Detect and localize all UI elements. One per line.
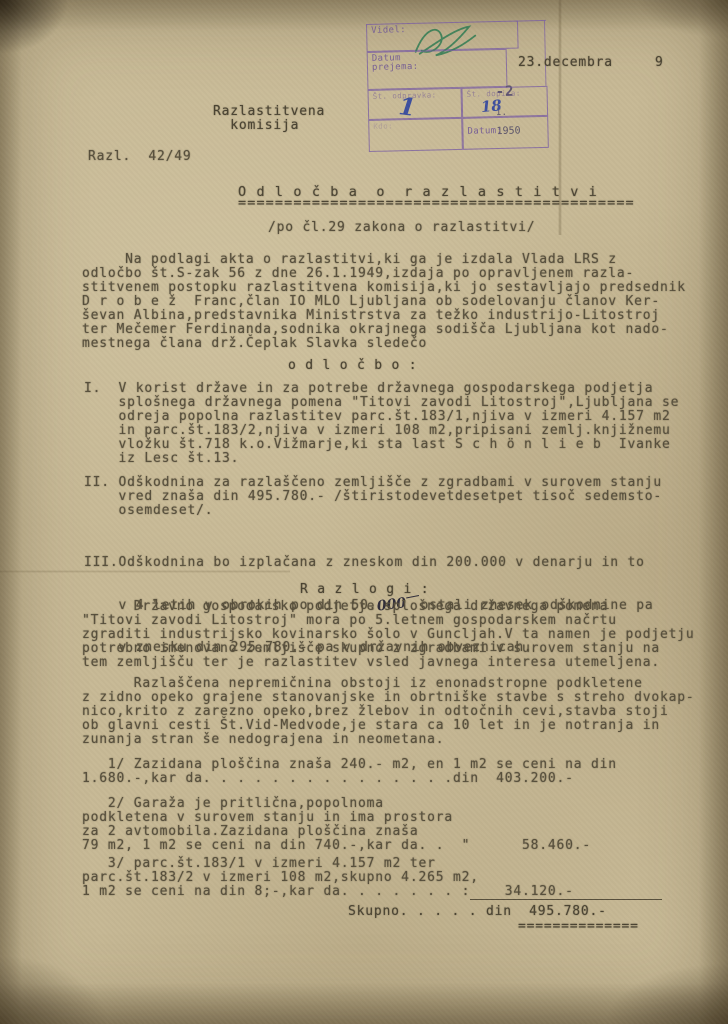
stamp-cell-received: Datum prejema: -2 I. 1950	[367, 49, 508, 90]
total-line: Skupno. . . . . din 495.780.-	[348, 905, 607, 919]
commission-name: Razlastitvena komisija	[213, 105, 325, 133]
valuation-item-2: 2/ Garaža je pritlična,popolnoma podklet…	[82, 797, 591, 853]
typed-page-number: 9	[655, 56, 664, 70]
reference-number: Razl. 42/49	[88, 150, 192, 164]
section-i: I. V korist države in za potrebe državne…	[84, 382, 679, 466]
receipt-stamp: Videl: Datum prejema: -2 I. 1950 Št. odp…	[366, 20, 549, 152]
section-iii-line1: III.Odškodnina bo izplačana z zneskom di…	[84, 556, 653, 570]
decision-subtitle: /po čl.29 zakona o razlastitvi/	[268, 221, 535, 235]
total-underline: ==============	[518, 920, 639, 934]
stamp-border-line	[544, 20, 546, 86]
typed-date: 23.decembra	[518, 56, 613, 70]
paper-crease	[558, 0, 562, 235]
title-underline: ========================================…	[238, 196, 635, 210]
stamp-border-line	[516, 20, 546, 22]
stamp-received-label: Datum prejema:	[372, 54, 419, 73]
decision-heading: o d l o č b o :	[288, 359, 417, 373]
valuation-item-1: 1/ Zazidana ploščina znaša 240.- m2, en …	[82, 758, 617, 786]
intro-paragraph: Na podlagi akta o razlastitvi,ki ga je i…	[82, 253, 686, 351]
handwritten-doc-number: 18	[480, 96, 502, 116]
stamp-date-label: Datum:	[467, 127, 502, 137]
stamp-cell-case-number: Št. odpravka: 1	[367, 88, 462, 120]
stamp-cell-doc-number: Št. dopisa: 18	[461, 86, 548, 118]
valuation-item-3-body: 3/ parc.št.183/1 v izmeri 4.157 m2 ter p…	[82, 856, 479, 899]
stamp-videl-label: Videl:	[371, 26, 406, 36]
reasons-paragraph-2: Razlaščena nepremičnina obstoji iz enona…	[82, 677, 695, 747]
reasons-paragraph-1: Državno gospodarsko podjetje splošnega d…	[82, 600, 695, 670]
stamp-cell-date: Datum:	[462, 116, 549, 150]
stamp-who-label: Kdo:	[373, 122, 393, 130]
valuation-item-3: 3/ parc.št.183/1 v izmeri 4.157 m2 ter p…	[82, 857, 662, 899]
section-ii: II. Odškodnina za razlaščeno zemljišče z…	[84, 476, 662, 518]
paper-crease	[0, 570, 290, 573]
valuation-item-3-amount: 34.120.-	[470, 884, 662, 900]
reasons-heading: R a z l o g i :	[300, 583, 429, 597]
stamp-cell-who: Kdo:	[368, 118, 463, 152]
document-scan: Videl: Datum prejema: -2 I. 1950 Št. odp…	[0, 0, 728, 1024]
stamp-cell-videl: Videl:	[366, 21, 519, 52]
handwritten-case-number: 1	[397, 91, 417, 122]
